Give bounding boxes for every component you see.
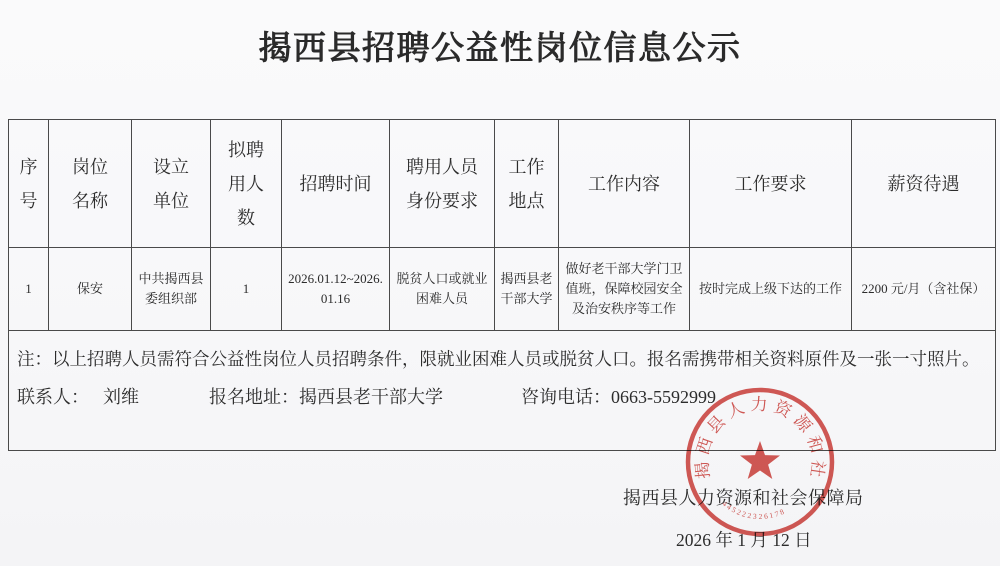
cell-establishing-unit: 中共揭西县委组织部 [132, 248, 211, 331]
col-header-establishing-unit: 设立 单位 [132, 120, 211, 248]
cell-number: 1 [9, 248, 49, 331]
document-page: 揭西县招聘公益性岗位信息公示 序 号 岗位 名称 设立 单位 拟聘 用人 数 招… [0, 0, 1000, 566]
table-header-row: 序 号 岗位 名称 设立 单位 拟聘 用人 数 招聘时间 聘用人员 身份要求 工… [9, 120, 996, 248]
col-header-number: 序 号 [9, 120, 49, 248]
col-header-work-location: 工作 地点 [495, 120, 559, 248]
table-note-row: 注：以上招聘人员需符合公益性岗位人员招聘条件，限就业困难人员或脱贫人口。报名需携… [9, 331, 996, 451]
cell-identity-requirements: 脱贫人口或就业困难人员 [390, 248, 495, 331]
col-header-planned-hires: 拟聘 用人 数 [211, 120, 282, 248]
contact-line: 联系人：刘维报名地址：揭西县老干部大学咨询电话：0663-5592999 [17, 382, 985, 412]
job-postings-table: 序 号 岗位 名称 设立 单位 拟聘 用人 数 招聘时间 聘用人员 身份要求 工… [8, 119, 996, 451]
col-header-work-requirements: 工作要求 [690, 120, 852, 248]
address-value: 揭西县老干部大学 [299, 387, 443, 407]
cell-work-content: 做好老干部大学门卫值班，保障校园安全及治安秩序等工作 [559, 248, 690, 331]
cell-salary: 2200 元/月（含社保） [852, 248, 996, 331]
page-title: 揭西县招聘公益性岗位信息公示 [0, 22, 1000, 69]
table-row: 1 保安 中共揭西县委组织部 1 2026.01.12~2026.01.16 脱… [9, 248, 996, 331]
contact-label: 联系人： [17, 387, 89, 407]
cell-work-requirements: 按时完成上级下达的工作 [690, 248, 852, 331]
cell-planned-hires: 1 [211, 248, 282, 331]
note-cell: 注：以上招聘人员需符合公益性岗位人员招聘条件，限就业困难人员或脱贫人口。报名需携… [9, 331, 996, 451]
col-header-position-name: 岗位 名称 [49, 120, 132, 248]
col-header-work-content: 工作内容 [559, 120, 690, 248]
phone-value: 0663-5592999 [611, 387, 716, 407]
issue-date: 2026 年 1 月 12 日 [676, 527, 812, 552]
col-header-recruitment-time: 招聘时间 [282, 120, 390, 248]
col-header-salary: 薪资待遇 [852, 120, 996, 248]
contact-name: 刘维 [103, 387, 139, 407]
cell-recruitment-time: 2026.01.12~2026.01.16 [282, 248, 390, 331]
cell-position-name: 保安 [49, 248, 132, 331]
note-text: 注：以上招聘人员需符合公益性岗位人员招聘条件，限就业困难人员或脱贫人口。报名需携… [17, 337, 985, 381]
phone-label: 咨询电话： [521, 387, 611, 407]
col-header-identity-requirements: 聘用人员 身份要求 [390, 120, 495, 248]
address-label: 报名地址： [209, 387, 299, 407]
issuer-signature: 揭西县人力资源和社会保障局 [623, 484, 864, 510]
cell-work-location: 揭西县老干部大学 [495, 248, 559, 331]
